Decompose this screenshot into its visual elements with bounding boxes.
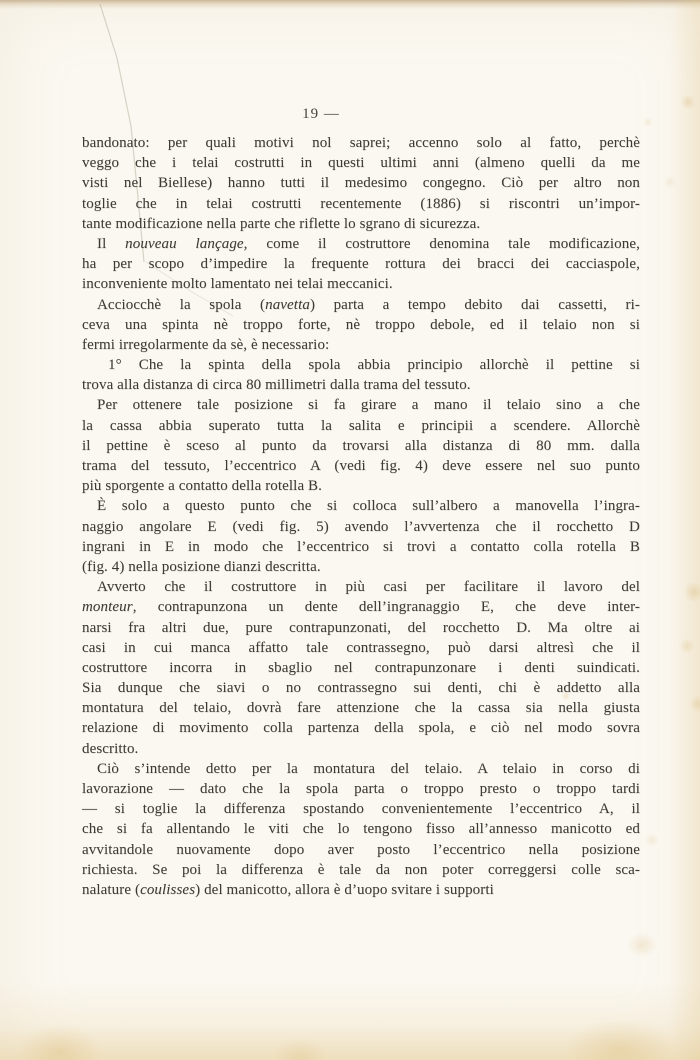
text-line: monteur, contrapunzona un dente dell’ing… xyxy=(82,597,640,617)
text-segment: casi in cui manca affatto tale contrasse… xyxy=(82,640,640,656)
text-segment: (fig. 4) nella posizione dianzi descritt… xyxy=(82,559,321,575)
text-segment: Per ottenere tale posizione si fa girare… xyxy=(97,397,640,413)
text-segment: — si toglie la differenza spostando conv… xyxy=(82,801,640,817)
text-segment: Ciò s’intende detto per la montatura del… xyxy=(97,761,640,777)
text-segment: Il xyxy=(97,236,125,252)
text-block: bandonato: per quali motivi nol saprei; … xyxy=(82,133,640,900)
text-line: narsi fra altri due, pure contrapunzonat… xyxy=(82,618,640,638)
text-segment: È solo a questo punto che si colloca sul… xyxy=(97,498,640,514)
italic-text: monteur xyxy=(82,599,133,615)
book-page: 19 — bandonato: per quali motivi nol sap… xyxy=(0,0,700,1060)
text-line: naggio angolare E (vedi fig. 5) avendo l… xyxy=(82,517,640,537)
paragraph: Acciocchè la spola (navetta) parta a tem… xyxy=(82,295,640,356)
text-line: visti nel Biellese) hanno tutti il medes… xyxy=(82,173,640,193)
text-segment: la cassa abbia superato tutta la salita … xyxy=(82,418,640,434)
text-segment: Avverto che il costruttore in più casi p… xyxy=(97,579,640,595)
text-segment: il pettine è sceso al punto da trovarsi … xyxy=(82,438,640,454)
text-line: Acciocchè la spola (navetta) parta a tem… xyxy=(82,295,640,315)
text-line: montatura del telaio, dovrà fare attenzi… xyxy=(82,698,640,718)
italic-text: coulisses xyxy=(140,882,195,898)
paragraph: bandonato: per quali motivi nol saprei; … xyxy=(82,133,640,234)
text-segment: narsi fra altri due, pure contrapunzonat… xyxy=(82,620,640,636)
text-segment: fermi irregolarmente da sè, è necessario… xyxy=(82,337,329,353)
text-line: — si toglie la differenza spostando conv… xyxy=(82,799,640,819)
text-segment: Acciocchè la spola ( xyxy=(97,297,265,313)
text-line: toglie che in telai costrutti recentemen… xyxy=(82,194,640,214)
text-segment: ingrani in E in modo che l’eccentrico si… xyxy=(82,539,640,555)
text-line: ceva una spinta nè troppo forte, nè trop… xyxy=(82,315,640,335)
text-line: veggo che i telai costrutti in questi ul… xyxy=(82,153,640,173)
text-segment: , contrapunzona un dente dell’ingranaggi… xyxy=(133,599,640,615)
top-edge-shading xyxy=(0,0,700,9)
text-line: (fig. 4) nella posizione dianzi descritt… xyxy=(82,557,640,577)
text-line: richiesta. Se poi la differenza è tale d… xyxy=(82,860,640,880)
text-line: trama del tessuto, l’eccentrico A (vedi … xyxy=(82,456,640,476)
text-line: Avverto che il costruttore in più casi p… xyxy=(82,577,640,597)
text-line: È solo a questo punto che si colloca sul… xyxy=(82,496,640,516)
text-segment: 1° Che la spinta della spola abbia princ… xyxy=(108,357,640,373)
text-segment: montatura del telaio, dovrà fare attenzi… xyxy=(82,700,640,716)
text-line: Ciò s’intende detto per la montatura del… xyxy=(82,759,640,779)
text-line: Il nouveau lançage, come il costruttore … xyxy=(82,234,640,254)
text-line: bandonato: per quali motivi nol saprei; … xyxy=(82,133,640,153)
text-line: la cassa abbia superato tutta la salita … xyxy=(82,416,640,436)
text-line: costruttore incorra in sbaglio nel contr… xyxy=(82,658,640,678)
text-segment: tante modificazione nella parte che rifl… xyxy=(82,216,480,232)
text-segment: visti nel Biellese) hanno tutti il medes… xyxy=(82,175,640,191)
text-segment: Sia dunque che siavi o no contrassegno s… xyxy=(82,680,640,696)
text-segment: nalature ( xyxy=(82,882,140,898)
text-line: relazione di movimento colla partenza de… xyxy=(82,718,640,738)
paragraph: 1° Che la spinta della spola abbia princ… xyxy=(82,355,640,395)
text-segment: ceva una spinta nè troppo forte, nè trop… xyxy=(82,317,640,333)
text-segment: toglie che in telai costrutti recentemen… xyxy=(82,196,640,212)
text-line: fermi irregolarmente da sè, è necessario… xyxy=(82,335,640,355)
text-segment: avvitandole nuovamente dopo aver posto l… xyxy=(82,842,640,858)
text-segment: come il costruttore denomina tale modifi… xyxy=(248,236,640,252)
text-segment: ) del manicotto, allora è d’uopo svitare… xyxy=(195,882,494,898)
text-segment: ha per scopo d’impedire la frequente rot… xyxy=(82,256,640,272)
text-segment: descritto. xyxy=(82,741,138,757)
italic-text: navetta xyxy=(265,297,310,313)
text-line: ingrani in E in modo che l’eccentrico si… xyxy=(82,537,640,557)
right-edge-shading xyxy=(666,0,700,1060)
text-line: 1° Che la spinta della spola abbia princ… xyxy=(82,355,640,375)
text-line: tante modificazione nella parte che rifl… xyxy=(82,214,640,234)
text-line: avvitandole nuovamente dopo aver posto l… xyxy=(82,840,640,860)
text-segment: che si fa allentando le viti che lo teng… xyxy=(82,821,640,837)
text-segment: lavorazione — dato che la spola parta o … xyxy=(82,781,640,797)
text-line: descritto. xyxy=(82,739,640,759)
page-number: 19 — xyxy=(82,106,560,123)
text-line: ha per scopo d’impedire la frequente rot… xyxy=(82,254,640,274)
text-line: Sia dunque che siavi o no contrassegno s… xyxy=(82,678,640,698)
paragraph: Avverto che il costruttore in più casi p… xyxy=(82,577,640,759)
text-segment: costruttore incorra in sbaglio nel contr… xyxy=(82,660,640,676)
text-segment: inconveniente molto lamentato nei telai … xyxy=(82,276,393,292)
italic-text: nouveau lançage, xyxy=(125,236,247,252)
text-line: lavorazione — dato che la spola parta o … xyxy=(82,779,640,799)
text-segment: bandonato: per quali motivi nol saprei; … xyxy=(82,135,640,151)
bottom-edge-shading xyxy=(0,970,700,1060)
paragraph: Per ottenere tale posizione si fa girare… xyxy=(82,395,640,496)
text-line: inconveniente molto lamentato nei telai … xyxy=(82,274,640,294)
text-line: il pettine è sceso al punto da trovarsi … xyxy=(82,436,640,456)
paragraph: Il nouveau lançage, come il costruttore … xyxy=(82,234,640,295)
text-segment: più sporgente a contatto della rotella B… xyxy=(82,478,322,494)
text-line: Per ottenere tale posizione si fa girare… xyxy=(82,395,640,415)
text-segment: trova alla distanza di circa 80 millimet… xyxy=(82,377,471,393)
paragraph: È solo a questo punto che si colloca sul… xyxy=(82,496,640,577)
text-line: più sporgente a contatto della rotella B… xyxy=(82,476,640,496)
text-line: nalature (coulisses) del manicotto, allo… xyxy=(82,880,640,900)
paragraph: Ciò s’intende detto per la montatura del… xyxy=(82,759,640,900)
text-segment: relazione di movimento colla partenza de… xyxy=(82,720,640,736)
text-segment: veggo che i telai costrutti in questi ul… xyxy=(82,155,640,171)
text-line: trova alla distanza di circa 80 millimet… xyxy=(82,375,640,395)
text-line: che si fa allentando le viti che lo teng… xyxy=(82,819,640,839)
text-line: casi in cui manca affatto tale contrasse… xyxy=(82,638,640,658)
text-segment: ) parta a tempo debito dai cassetti, ri- xyxy=(310,297,640,313)
text-segment: naggio angolare E (vedi fig. 5) avendo l… xyxy=(82,519,640,535)
text-segment: richiesta. Se poi la differenza è tale d… xyxy=(82,862,640,878)
text-segment: trama del tessuto, l’eccentrico A (vedi … xyxy=(82,458,640,474)
